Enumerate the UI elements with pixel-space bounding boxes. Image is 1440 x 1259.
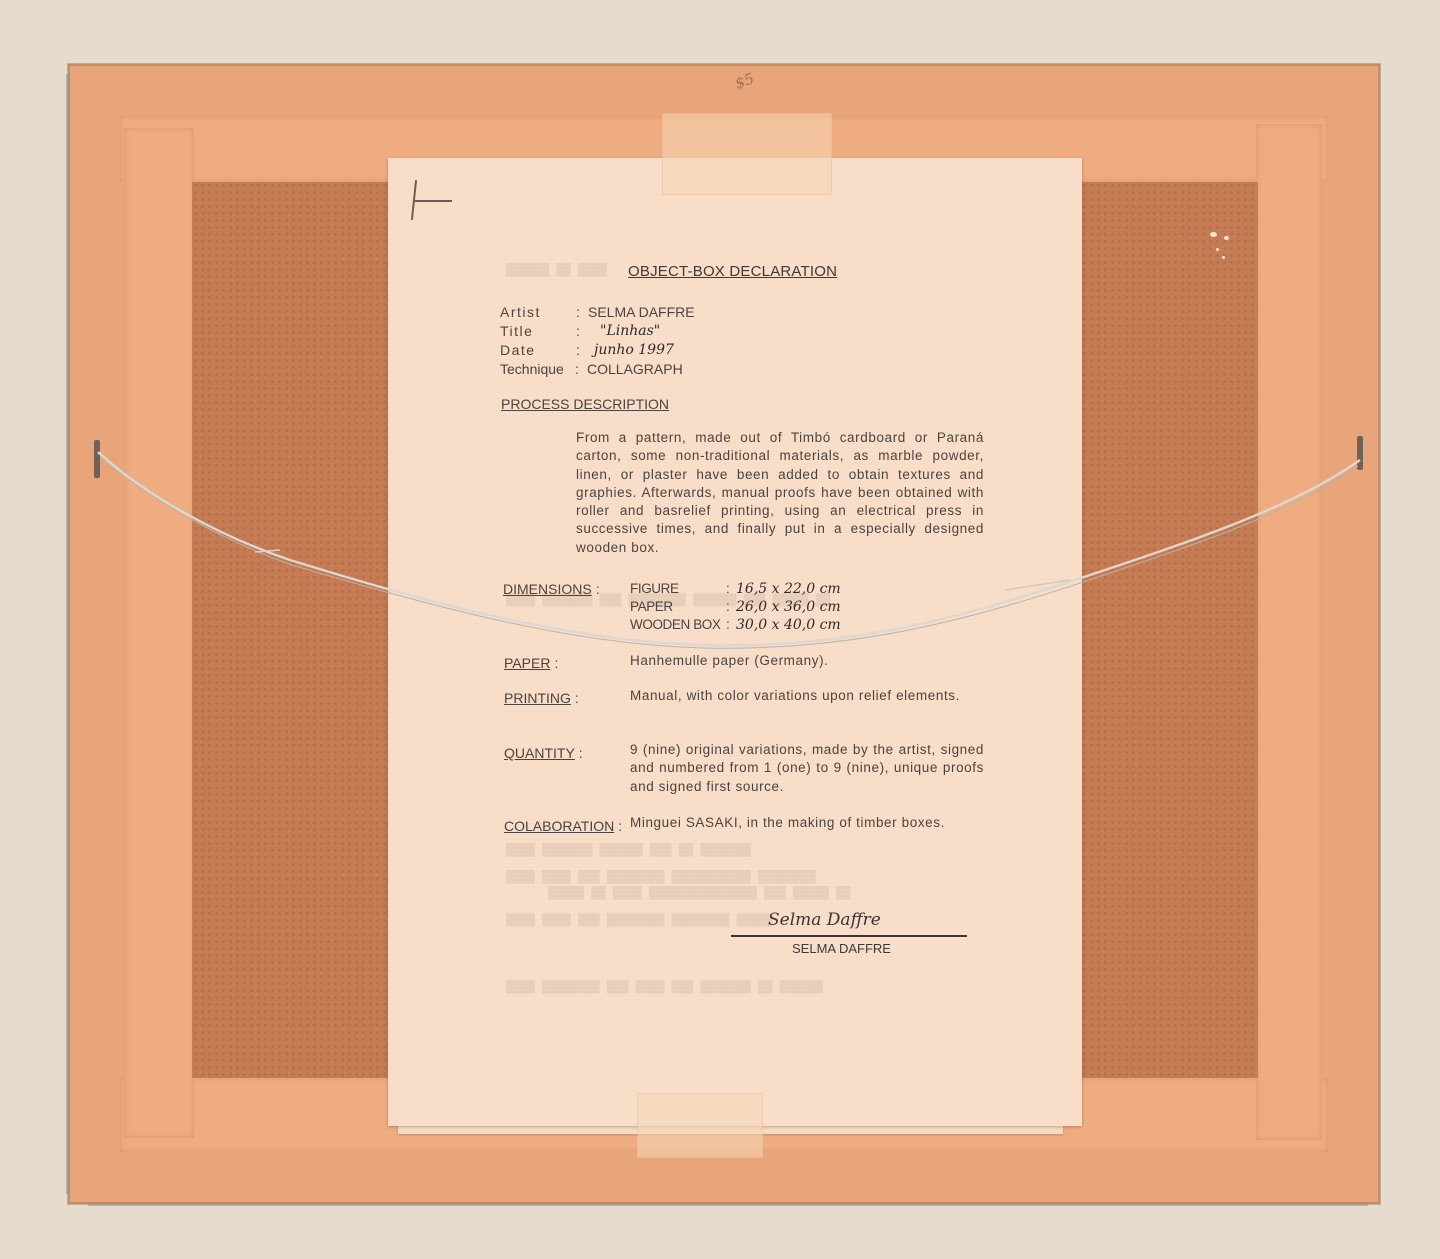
frame-edge [66, 74, 69, 1194]
meta-artist: Artist : SELMA DAFFRE [500, 303, 695, 322]
colaboration-label: COLABORATION [504, 818, 614, 834]
colon: : [726, 598, 736, 616]
show-through-text: ████ ███████ ██████ ███ ██ ███████ [506, 843, 751, 857]
dimensions-list: FIGURE : 16,5 x 22,0 cm PAPER : 26,0 x 3… [630, 580, 841, 634]
meta-label: Technique [500, 360, 575, 379]
paint-speck [1210, 232, 1217, 237]
meta-value-handwritten: junho 1997 [594, 341, 674, 360]
show-through-text: ████ ████ ███ ████████ ████████ █████ [506, 913, 772, 927]
dimension-label: WOODEN BOX [630, 616, 726, 634]
signature: Selma Daffre [768, 910, 881, 930]
dimension-label: PAPER [630, 598, 726, 616]
dimension-label: FIGURE [630, 580, 726, 598]
meta-value: COLLAGRAPH [587, 360, 683, 379]
colon: : [576, 303, 588, 322]
artwork-metadata: Artist : SELMA DAFFRE Title : "Linhas" D… [500, 303, 695, 379]
document-title: OBJECT-BOX DECLARATION [628, 263, 837, 280]
colon: : [575, 360, 587, 379]
meta-title: Title : "Linhas" [500, 322, 695, 341]
dimension-value: 30,0 x 40,0 cm [736, 616, 841, 634]
meta-date: Date : junho 1997 [500, 341, 695, 360]
signature-line [731, 935, 967, 937]
quantity-label: QUANTITY [504, 745, 575, 761]
adhesive-tape-bottom [637, 1093, 763, 1158]
signature-name: SELMA DAFFRE [792, 941, 891, 956]
paper-text: Hanhemulle paper (Germany). [630, 652, 984, 670]
dimension-paper: PAPER : 26,0 x 36,0 cm [630, 598, 841, 616]
show-through-text: ██████ ██ ████ [506, 263, 607, 277]
meta-label: Date [500, 341, 576, 360]
printing-label: PRINTING [504, 690, 571, 706]
paint-speck [1216, 248, 1219, 251]
colon: : [726, 616, 736, 634]
dimension-value: 26,0 x 36,0 cm [736, 598, 841, 616]
paint-speck [1222, 256, 1225, 259]
process-text: From a pattern, made out of Timbó cardbo… [576, 429, 984, 557]
colaboration-text: Minguei SASAKI, in the making of timber … [630, 814, 990, 832]
dimension-figure: FIGURE : 16,5 x 22,0 cm [630, 580, 841, 598]
colon: : [726, 580, 736, 598]
adhesive-tape-top [662, 113, 832, 195]
backing-tape-right [1256, 124, 1322, 1140]
dimensions-label: DIMENSIONS [503, 581, 592, 597]
show-through-text: ████ ████████ ███ ████ ███ ███████ ██ ██… [506, 980, 823, 994]
paint-speck [1224, 236, 1229, 240]
show-through-text: █████ ██ ████ ███████████████ ███ █████ … [548, 886, 850, 900]
frame-edge [88, 1203, 1368, 1206]
colon: : [576, 341, 588, 360]
printing-heading: PRINTING: [504, 690, 579, 706]
meta-label: Title [500, 322, 576, 341]
colaboration-heading: COLABORATION: [504, 818, 622, 834]
quantity-heading: QUANTITY: [504, 745, 583, 761]
meta-value: SELMA DAFFRE [588, 303, 695, 322]
backing-tape-left [124, 128, 194, 1138]
show-through-text: ████ ████ ███ ████████ ███████████ █████… [506, 870, 816, 884]
registration-mark [414, 200, 452, 202]
paper-heading: PAPER: [504, 655, 558, 671]
dimension-wooden-box: WOODEN BOX : 30,0 x 40,0 cm [630, 616, 841, 634]
paper-label: PAPER [504, 655, 550, 671]
meta-technique: Technique : COLLAGRAPH [500, 360, 695, 379]
meta-label: Artist [500, 303, 576, 322]
printing-text: Manual, with color variations upon relie… [630, 687, 984, 705]
process-heading: PROCESS DESCRIPTION [501, 396, 669, 412]
dimensions-heading: DIMENSIONS: [503, 581, 600, 597]
quantity-text: 9 (nine) original variations, made by th… [630, 741, 984, 796]
dimension-value: 16,5 x 22,0 cm [736, 580, 841, 598]
declaration-sheet: ██████ ██ ████ ████ ███████ ███ ████████… [388, 158, 1082, 1126]
meta-value-handwritten: "Linhas" [600, 322, 660, 341]
colon: : [576, 322, 588, 341]
